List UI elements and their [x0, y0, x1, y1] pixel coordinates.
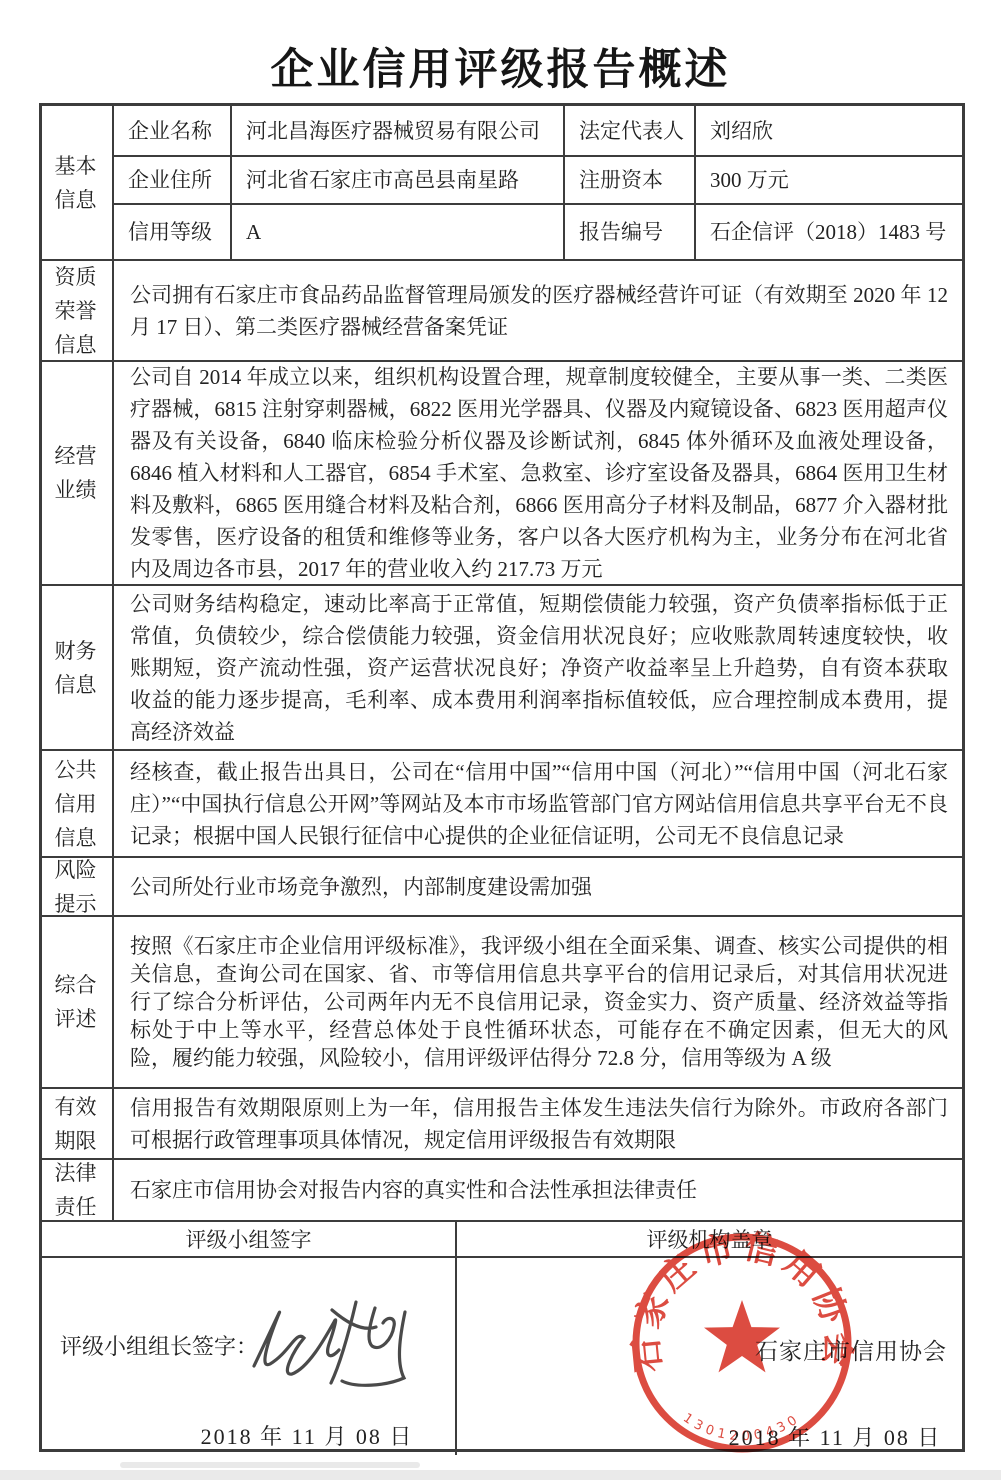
table-row: 企业名称 河北昌海医疗器械贸易有限公司 法定代表人 刘绍欣	[114, 106, 962, 155]
signature-stamp-row: 评级小组组长签字： 2018 年 11 月 08 日 石家庄市信用协会 2018…	[42, 1256, 962, 1455]
section-text: 经核查，截止报告出具日，公司在“信用中国”“信用中国（河北）”“信用中国（河北石…	[130, 756, 948, 852]
rating-agency-seal-header: 评级机构盖章	[455, 1222, 962, 1256]
section-label-qualifications: 资质荣誉信息	[42, 261, 114, 360]
field-label-credit-grade: 信用等级	[114, 205, 230, 259]
section-label-overall-review: 综合评述	[42, 917, 114, 1087]
section-text: 石家庄市信用协会对报告内容的真实性和合法性承担法律责任	[130, 1174, 948, 1206]
field-label-company-name: 企业名称	[114, 106, 230, 155]
field-value-address: 河北省石家庄市高邑县南星路	[230, 157, 563, 203]
section-legal-liability: 法律责任 石家庄市信用协会对报告内容的真实性和合法性承担法律责任	[42, 1158, 962, 1220]
agency-seal-cell: 石家庄市信用协会 2018 年 11 月 08 日	[455, 1258, 962, 1455]
section-label-financial-info: 财务信息	[42, 586, 114, 749]
page-title: 企业信用评级报告概述	[0, 36, 1001, 97]
table-row: 信用等级 A 报告编号 石企信评（2018）1483 号	[114, 203, 962, 259]
scan-artifact	[0, 1470, 1001, 1480]
section-text: 按照《石家庄市企业信用评级标准》，我评级小组在全面采集、调查、核实公司提供的相关…	[130, 932, 948, 1072]
report-table: 基本信息 企业名称 河北昌海医疗器械贸易有限公司 法定代表人 刘绍欣 企业住所 …	[39, 103, 965, 1452]
section-overall-review: 综合评述 按照《石家庄市企业信用评级标准》，我评级小组在全面采集、调查、核实公司…	[42, 915, 962, 1087]
section-text: 公司财务结构稳定，速动比率高于正常值，短期偿债能力较强，资产负债率指标低于正常值…	[130, 588, 948, 748]
team-leader-signature-label: 评级小组组长签字：	[60, 1330, 258, 1361]
field-value-report-number: 石企信评（2018）1483 号	[694, 205, 962, 259]
section-label-business-performance: 经营业绩	[42, 362, 114, 584]
handwritten-signature	[232, 1286, 442, 1406]
credit-report-page: 企业信用评级报告概述 基本信息 企业名称 河北昌海医疗器械贸易有限公司 法定代表…	[0, 0, 1001, 1480]
section-qualifications: 资质荣誉信息 公司拥有石家庄市食品药品监督管理局颁发的医疗器械经营许可证（有效期…	[42, 259, 962, 360]
signature-date: 2018 年 11 月 08 日	[177, 1420, 437, 1451]
table-row: 企业住所 河北省石家庄市高邑县南星路 注册资本 300 万元	[114, 155, 962, 203]
field-label-address: 企业住所	[114, 157, 230, 203]
field-label-report-number: 报告编号	[563, 205, 694, 259]
section-label-legal-liability: 法律责任	[42, 1160, 114, 1220]
section-label-public-credit-info: 公共信用信息	[42, 751, 114, 856]
field-value-registered-capital: 300 万元	[694, 157, 962, 203]
scan-artifact	[120, 1462, 420, 1468]
signature-header-row: 评级小组签字 评级机构盖章	[42, 1220, 962, 1256]
section-label-risk-notice: 风险提示	[42, 858, 114, 915]
field-value-company-name: 河北昌海医疗器械贸易有限公司	[230, 106, 563, 155]
section-label-basic: 基本信息	[42, 106, 114, 259]
rating-team-signature-header: 评级小组签字	[42, 1222, 455, 1256]
field-label-legal-rep: 法定代表人	[563, 106, 694, 155]
section-risk-notice: 风险提示 公司所处行业市场竞争激烈，内部制度建设需加强	[42, 856, 962, 915]
section-financial-info: 财务信息 公司财务结构稳定，速动比率高于正常值，短期偿债能力较强，资产负债率指标…	[42, 584, 962, 749]
section-label-validity-period: 有效期限	[42, 1089, 114, 1158]
team-leader-signature-cell: 评级小组组长签字： 2018 年 11 月 08 日	[42, 1258, 455, 1455]
section-text: 公司自 2014 年成立以来，组织机构设置合理，规章制度较健全，主要从事一类、二…	[130, 361, 948, 585]
section-text: 公司拥有石家庄市食品药品监督管理局颁发的医疗器械经营许可证（有效期至 2020 …	[130, 279, 948, 343]
field-label-registered-capital: 注册资本	[563, 157, 694, 203]
section-text: 公司所处行业市场竞争激烈，内部制度建设需加强	[130, 871, 948, 903]
agency-printed-name: 石家庄市信用协会	[755, 1333, 947, 1366]
section-text: 信用报告有效期限原则上为一年，信用报告主体发生违法失信行为除外。市政府各部门可根…	[130, 1092, 948, 1156]
section-basic-info: 基本信息 企业名称 河北昌海医疗器械贸易有限公司 法定代表人 刘绍欣 企业住所 …	[42, 106, 962, 259]
field-value-credit-grade: A	[230, 205, 563, 259]
section-business-performance: 经营业绩 公司自 2014 年成立以来，组织机构设置合理，规章制度较健全，主要从…	[42, 360, 962, 584]
field-value-legal-rep: 刘绍欣	[694, 106, 962, 155]
seal-date: 2018 年 11 月 08 日	[715, 1421, 955, 1452]
section-validity-period: 有效期限 信用报告有效期限原则上为一年，信用报告主体发生违法失信行为除外。市政府…	[42, 1087, 962, 1158]
section-public-credit-info: 公共信用信息 经核查，截止报告出具日，公司在“信用中国”“信用中国（河北）”“信…	[42, 749, 962, 856]
